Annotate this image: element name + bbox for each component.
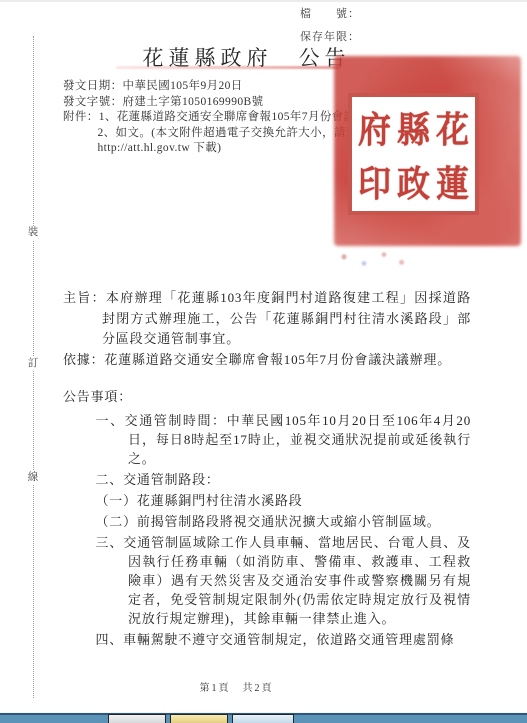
subject-label: 主旨： bbox=[63, 290, 106, 305]
margin-mark-staple: 訂 bbox=[26, 357, 40, 371]
item-3: 三、交通管制區域除工作人員車輛、當地居民、台電人員、及因執行任務車輛（如消防車、… bbox=[96, 533, 472, 628]
announcement-body: 主旨：本府辦理「花蓮縣103年度銅門村道路復建工程」因採道路封閉方式辦理施工，公… bbox=[63, 288, 471, 649]
ink-specks bbox=[336, 248, 416, 270]
official-seal: 府 縣 花 印 政 蓮 bbox=[334, 56, 521, 246]
seal-frame: 府 縣 花 印 政 蓮 bbox=[348, 93, 479, 215]
item-1-number: 一、 bbox=[96, 413, 125, 428]
item-1: 一、交通管制時間：中華民國105年10月20日至106年4月20日，每日8時起至… bbox=[96, 411, 472, 468]
seal-char: 府 bbox=[355, 98, 394, 156]
item-4-text: 車輛駕駛不遵守交通管制規定，依道路交通管理處罰條 bbox=[123, 632, 454, 647]
window-edge-bar[interactable] bbox=[0, 712, 527, 723]
issue-number-value: 府建土字第1050169990B號 bbox=[123, 96, 264, 108]
window-edge-segment-yellow[interactable] bbox=[170, 714, 228, 723]
subject-paragraph: 主旨：本府辦理「花蓮縣103年度銅門村道路復建工程」因採道路封閉方式辦理施工，公… bbox=[63, 288, 471, 350]
page-number-footer: 第1頁 共2頁 bbox=[0, 679, 527, 694]
margin-mark-line: 線 bbox=[26, 471, 40, 485]
item-2-text: 交通管制路段： bbox=[123, 472, 220, 487]
subitem-2: （二）前揭管制路段將視交通狀況擴大或縮小管制區域。 bbox=[96, 512, 472, 531]
item-3-text: 交通管制區域除工作人員車輛、當地居民、台電人員、及因執行任務車輛（如消防車、警備… bbox=[123, 535, 471, 626]
announcement-items: 一、交通管制時間：中華民國105年10月20日至106年4月20日，每日8時起至… bbox=[63, 411, 471, 649]
red-ink-streak bbox=[116, 66, 340, 69]
item-2-number: 二、 bbox=[96, 472, 124, 487]
basis-label: 依據： bbox=[63, 352, 104, 367]
window-edge-segment-gray[interactable] bbox=[108, 714, 166, 723]
item-1-text: 交通管制時間：中華民國105年10月20日至106年4月20日，每日8時起至17… bbox=[125, 413, 471, 466]
subitem-2-number: （二） bbox=[96, 514, 137, 529]
basis-paragraph: 依據：花蓮縣道路交通安全聯席會報105年7月份會議決議辦理。 bbox=[63, 350, 471, 371]
subitem-1-text: 花蓮縣銅門村往清水溪路段 bbox=[137, 493, 303, 508]
seal-char: 花 bbox=[433, 98, 472, 156]
subitem-1: （一）花蓮縣銅門村往清水溪路段 bbox=[96, 491, 472, 510]
basis-text: 花蓮縣道路交通安全聯席會報105年7月份會議決議辦理。 bbox=[104, 352, 451, 367]
scan-top-edge bbox=[0, 0, 527, 2]
seal-char: 政 bbox=[394, 152, 433, 210]
item-2: 二、交通管制路段： bbox=[96, 470, 472, 489]
issue-date-label: 發文日期： bbox=[63, 80, 123, 92]
seal-char: 蓮 bbox=[433, 152, 472, 210]
subitem-1-number: （一） bbox=[96, 493, 137, 508]
item-4-number: 四、 bbox=[96, 632, 124, 647]
subitem-2-text: 前揭管制路段將視交通狀況擴大或縮小管制區域。 bbox=[137, 514, 441, 529]
item-3-number: 三、 bbox=[96, 535, 124, 550]
seal-char: 縣 bbox=[394, 98, 433, 156]
issue-number-label: 發文字號： bbox=[63, 96, 123, 108]
margin-mark-binding: 裝 bbox=[26, 226, 40, 240]
item-4: 四、車輛駕駛不遵守交通管制規定，依道路交通管理處罰條 bbox=[96, 630, 472, 649]
seal-char: 印 bbox=[355, 152, 394, 210]
attachment-label: 附件： bbox=[63, 111, 99, 123]
window-edge-segment-blue[interactable] bbox=[232, 714, 294, 723]
issue-date-value: 中華民國105年9月20日 bbox=[123, 80, 243, 92]
seal-characters: 府 縣 花 印 政 蓮 bbox=[355, 100, 472, 208]
file-number-label: 檔 號： bbox=[300, 3, 360, 26]
announcement-heading: 公告事項： bbox=[63, 387, 471, 408]
subject-text: 本府辦理「花蓮縣103年度銅門村道路復建工程」因採道路封閉方式辦理施工，公告「花… bbox=[102, 290, 471, 346]
